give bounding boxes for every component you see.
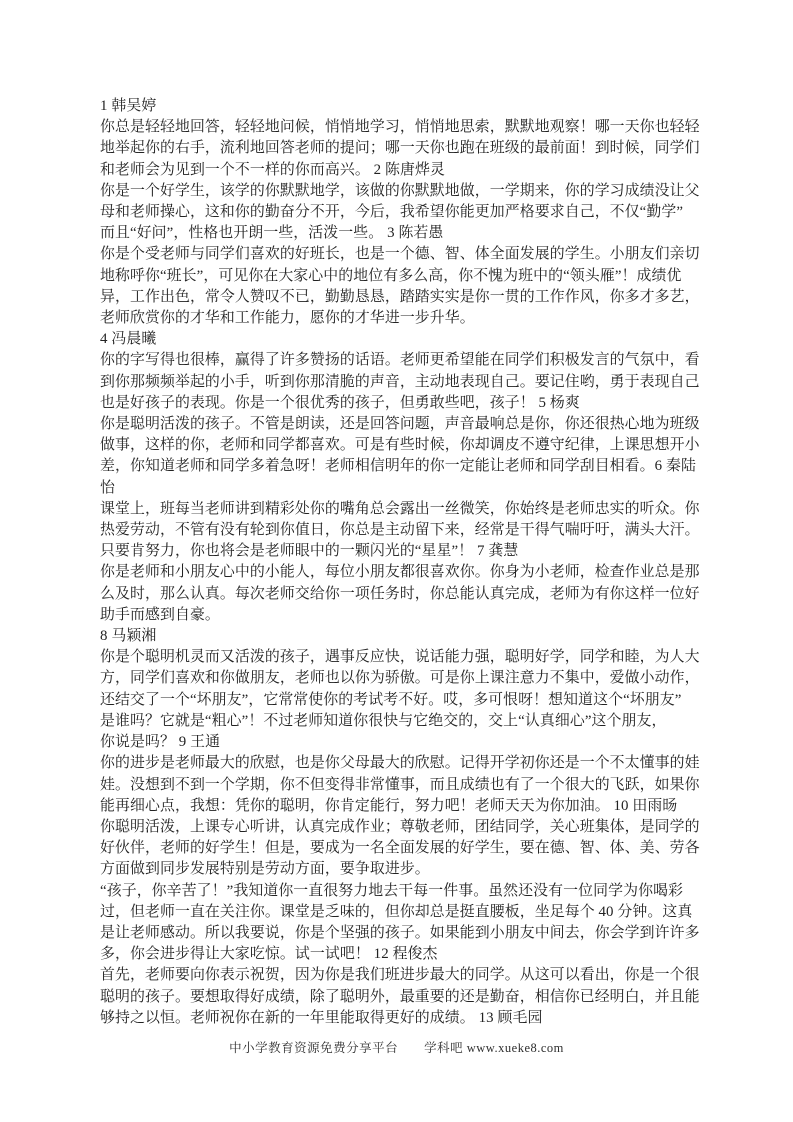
text-line: 助手而感到自豪。	[100, 605, 700, 626]
text-line: 首先，老师要向你表示祝贺，因为你是我们班进步最大的同学。从这可以看出，你是一个很	[100, 965, 700, 986]
text-line: 你的进步是老师最大的欣慰，也是你父母最大的欣慰。记得开学初你还是一个不太懂事的娃	[100, 753, 700, 774]
text-line: 是谁吗？它就是“粗心”！不过老师知道你很快与它绝交的，交上“认真细心”这个朋友，	[100, 711, 700, 732]
text-line: 地称呼你“班长”，可见你在大家心中的地位有多么高，你不愧为班中的“领头雁”！成绩…	[100, 266, 700, 287]
text-line: 你总是轻轻地回答，轻轻地问候，悄悄地学习，悄悄地思索，默默地观察！哪一天你也轻轻	[100, 117, 700, 138]
text-line: 老师欣赏你的才华和工作能力，愿你的才华进一步升华。	[100, 308, 700, 329]
text-line: 你是聪明活泼的孩子。不管是朗读，还是回答问题，声音最响总是你，你还很热心地为班级	[100, 414, 700, 435]
text-line: 多，你会进步得让大家吃惊。试一试吧！ 12 程俊杰	[100, 944, 700, 965]
text-line: 热爱劳动，不管有没有轮到你值日，你总是主动留下来，经常是干得气喘吁吁，满头大汗。	[100, 520, 700, 541]
text-line: 方，同学们喜欢和你做朋友，老师也以你为骄傲。可是你上课注意力不集中，爱做小动作，	[100, 668, 700, 689]
text-line: 还结交了一个“坏朋友”，它常常使你的考试考不好。哎，多可恨呀！想知道这个“坏朋友…	[100, 690, 700, 711]
text-line: 地举起你的右手，流利地回答老师的提问；哪一天你也跑在班级的最前面！到时候，同学们	[100, 138, 700, 159]
footer-site-text: 学科吧 www.xueke8.com	[424, 1041, 564, 1055]
text-line: 异，工作出色，常令人赞叹不已，勤勤恳恳，踏踏实实是你一贯的工作作风，你多才多艺，	[100, 287, 700, 308]
text-line: 娃。没想到不到一个学期，你不但变得非常懂事，而且成绩也有了一个很大的飞跃，如果你	[100, 775, 700, 796]
text-line: 好伙伴，老师的好学生！但是，要成为一名全面发展的好学生，要在德、智、体、美、劳各	[100, 838, 700, 859]
text-line: 到你那频频举起的小手，听到你那清脆的声音，主动地表现自己。要记住哟，勇于表现自己	[100, 372, 700, 393]
text-line: 够持之以恒。老师祝你在新的一年里能取得更好的成绩。 13 顾毛园	[100, 1008, 700, 1029]
text-line: 怡	[100, 478, 700, 499]
text-line: 能再细心点，我想：凭你的聪明，你肯定能行，努力吧！老师天天为你加油。 10 田雨…	[100, 796, 700, 817]
text-line: 只要肯努力，你也将会是老师眼中的一颗闪光的“星星”！ 7 龚慧	[100, 541, 700, 562]
text-line: 聪明的孩子。要想取得好成绩，除了聪明外，最重要的还是勤奋，相信你已经明白，并且能	[100, 987, 700, 1008]
text-line: 差，你知道老师和同学多着急呀！老师相信明年的你一定能让老师和同学刮目相看。6 秦…	[100, 456, 700, 477]
document-body: 1 韩吴婷 你总是轻轻地回答，轻轻地问候，悄悄地学习，悄悄地思索，默默地观察！哪…	[100, 96, 700, 1029]
text-line: 做事，这样的你，老师和同学都喜欢。可是有些时候，你却调皮不遵守纪律，上课思想开小	[100, 435, 700, 456]
text-line: 方面做到同步发展特别是劳动方面，要争取进步。	[100, 859, 700, 880]
page-footer: 中小学教育资源免费分享平台学科吧 www.xueke8.com	[0, 1038, 793, 1056]
footer-platform-text: 中小学教育资源免费分享平台	[229, 1041, 398, 1055]
text-line: 课堂上，班每当老师讲到精彩处你的嘴角总会露出一丝微笑，你始终是老师忠实的听众。你	[100, 499, 700, 520]
text-line: 是让老师感动。所以我要说，你是个坚强的孩子。如果能到小朋友中间去，你会学到许许多	[100, 923, 700, 944]
document-page: 1 韩吴婷 你总是轻轻地回答，轻轻地问候，悄悄地学习，悄悄地思索，默默地观察！哪…	[0, 0, 793, 1122]
text-line: “孩子，你辛苦了！”我知道你一直很努力地去干每一件事。虽然还没有一位同学为你喝彩	[100, 881, 700, 902]
text-line: 过，但老师一直在关注你。课堂是乏味的，但你却总是挺直腰板，坐足每个 40 分钟。…	[100, 902, 700, 923]
student-heading-line: 8 马颖湘	[100, 626, 700, 647]
text-line: 你的字写得也很棒，赢得了许多赞扬的话语。老师更希望能在同学们积极发言的气氛中，看	[100, 350, 700, 371]
text-line: 和老师会为见到一个不一样的你而高兴。 2 陈唐烨灵	[100, 160, 700, 181]
text-line: 你是一个好学生，该学的你默默地学，该做的你默默地做，一学期来，你的学习成绩没让父	[100, 181, 700, 202]
text-line: 你是个受老师与同学们喜欢的好班长，也是一个德、智、体全面发展的学生。小朋友们亲切	[100, 244, 700, 265]
text-line: 母和老师操心，这和你的勤奋分不开，今后，我希望你能更加严格要求自己，不仅“勤学”	[100, 202, 700, 223]
text-line: 你是个聪明机灵而又活泼的孩子，遇事反应快，说话能力强，聪明好学，同学和睦，为人大	[100, 647, 700, 668]
student-heading-line: 4 冯晨曦	[100, 329, 700, 350]
text-line: 而且“好问”，性格也开朗一些，活泼一些。 3 陈若愚	[100, 223, 700, 244]
text-line: 你聪明活泼，上课专心听讲，认真完成作业；尊敬老师，团结同学，关心班集体，是同学的	[100, 817, 700, 838]
student-heading-line: 1 韩吴婷	[100, 96, 700, 117]
text-line: 你说是吗？ 9 王通	[100, 732, 700, 753]
text-line: 也是好孩子的表现。你是一个很优秀的孩子，但勇敢些吧，孩子！ 5 杨爽	[100, 393, 700, 414]
text-line: 你是老师和小朋友心中的小能人，每位小朋友都很喜欢你。你身为小老师，检查作业总是那	[100, 562, 700, 583]
text-line: 么及时，那么认真。每次老师交给你一项任务时，你总能认真完成，老师为有你这样一位好	[100, 584, 700, 605]
